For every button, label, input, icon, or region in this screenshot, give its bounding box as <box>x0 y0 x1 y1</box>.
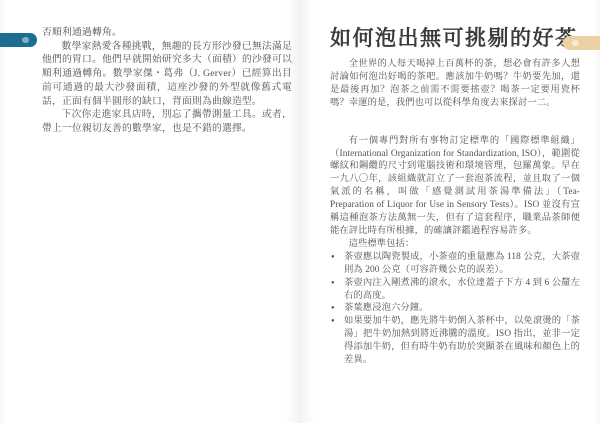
bullet-text: 茶葉應浸泡六分鐘。 <box>344 303 429 313</box>
paragraph: 全世界的人每天喝掉上百萬杯的茶，想必會有許多人想討論如何泡出好喝的茶吧。應該加牛… <box>330 58 580 110</box>
right-page-edge <box>594 0 600 423</box>
page-title: 如何泡出無可挑剔的好茶 <box>330 25 586 52</box>
right-chapter-tab[interactable] <box>563 36 600 50</box>
standards-intro: 這些標準包括： <box>330 238 580 251</box>
bullet-marker-icon: ● <box>331 251 335 264</box>
tab-glyph-icon <box>572 40 579 46</box>
right-page: 如何泡出無可挑剔的好茶 全世界的人每天喝掉上百萬杯的茶，想必會有許多人想討論如何… <box>300 0 600 423</box>
paragraph: 下次你走進家具店時，別忘了攜帶測量工具。或者，帶上一位親切友善的數學家，也是不錯… <box>42 108 292 135</box>
bullet-item: ● 茶葉應浸泡六分鐘。 <box>330 302 580 315</box>
bullet-text: 如果要加牛奶，應先將牛奶倒入茶杯中，以免滾燙的「茶湯」把牛奶加熱到將近沸騰的溫度… <box>344 316 580 365</box>
bullet-item: ● 如果要加牛奶，應先將牛奶倒入茶杯中，以免滾燙的「茶湯」把牛奶加熱到將近沸騰的… <box>330 315 580 367</box>
left-chapter-tab[interactable] <box>0 33 37 47</box>
left-page-text: 否順利通過轉角。 數學家熱愛各種挑戰，無趣的長方形沙發已無法滿足他們的胃口。他們… <box>42 26 292 136</box>
bullet-list: ● 茶壺應以陶瓷製成，小茶壺的重量應為 118 公克，大茶壺則為 200 公克（… <box>330 251 580 367</box>
book-spread: 否順利通過轉角。 數學家熱愛各種挑戰，無趣的長方形沙發已無法滿足他們的胃口。他們… <box>0 0 600 423</box>
bullet-marker-icon: ● <box>331 315 335 328</box>
tab-glyph-icon <box>22 37 29 43</box>
bullet-text: 茶壺應以陶瓷製成，小茶壺的重量應為 118 公克，大茶壺則為 200 公克（可容… <box>344 252 580 275</box>
bullet-item: ● 茶壺應以陶瓷製成，小茶壺的重量應為 118 公克，大茶壺則為 200 公克（… <box>330 251 580 277</box>
paragraph: 有一個專門對所有事物訂定標準的「國際標準組織」（International Or… <box>330 135 580 238</box>
bullet-marker-icon: ● <box>331 302 335 315</box>
paragraph: 數學家熱愛各種挑戰，無趣的長方形沙發已無法滿足他們的胃口。他們早就開始研究多大（… <box>42 40 292 109</box>
bullet-marker-icon: ● <box>331 277 335 290</box>
paragraph: 否順利通過轉角。 <box>42 26 292 40</box>
bullet-text: 茶壺內注入剛煮沸的滾水，水位達蓋子下方 4 到 6 公釐左右的高度。 <box>344 278 580 301</box>
left-page-edge <box>0 0 6 423</box>
bullet-item: ● 茶壺內注入剛煮沸的滾水，水位達蓋子下方 4 到 6 公釐左右的高度。 <box>330 277 580 303</box>
right-page-text: 全世界的人每天喝掉上百萬杯的茶，想必會有許多人想討論如何泡出好喝的茶吧。應該加牛… <box>330 58 580 367</box>
left-page: 否順利通過轉角。 數學家熱愛各種挑戰，無趣的長方形沙發已無法滿足他們的胃口。他們… <box>0 0 300 423</box>
